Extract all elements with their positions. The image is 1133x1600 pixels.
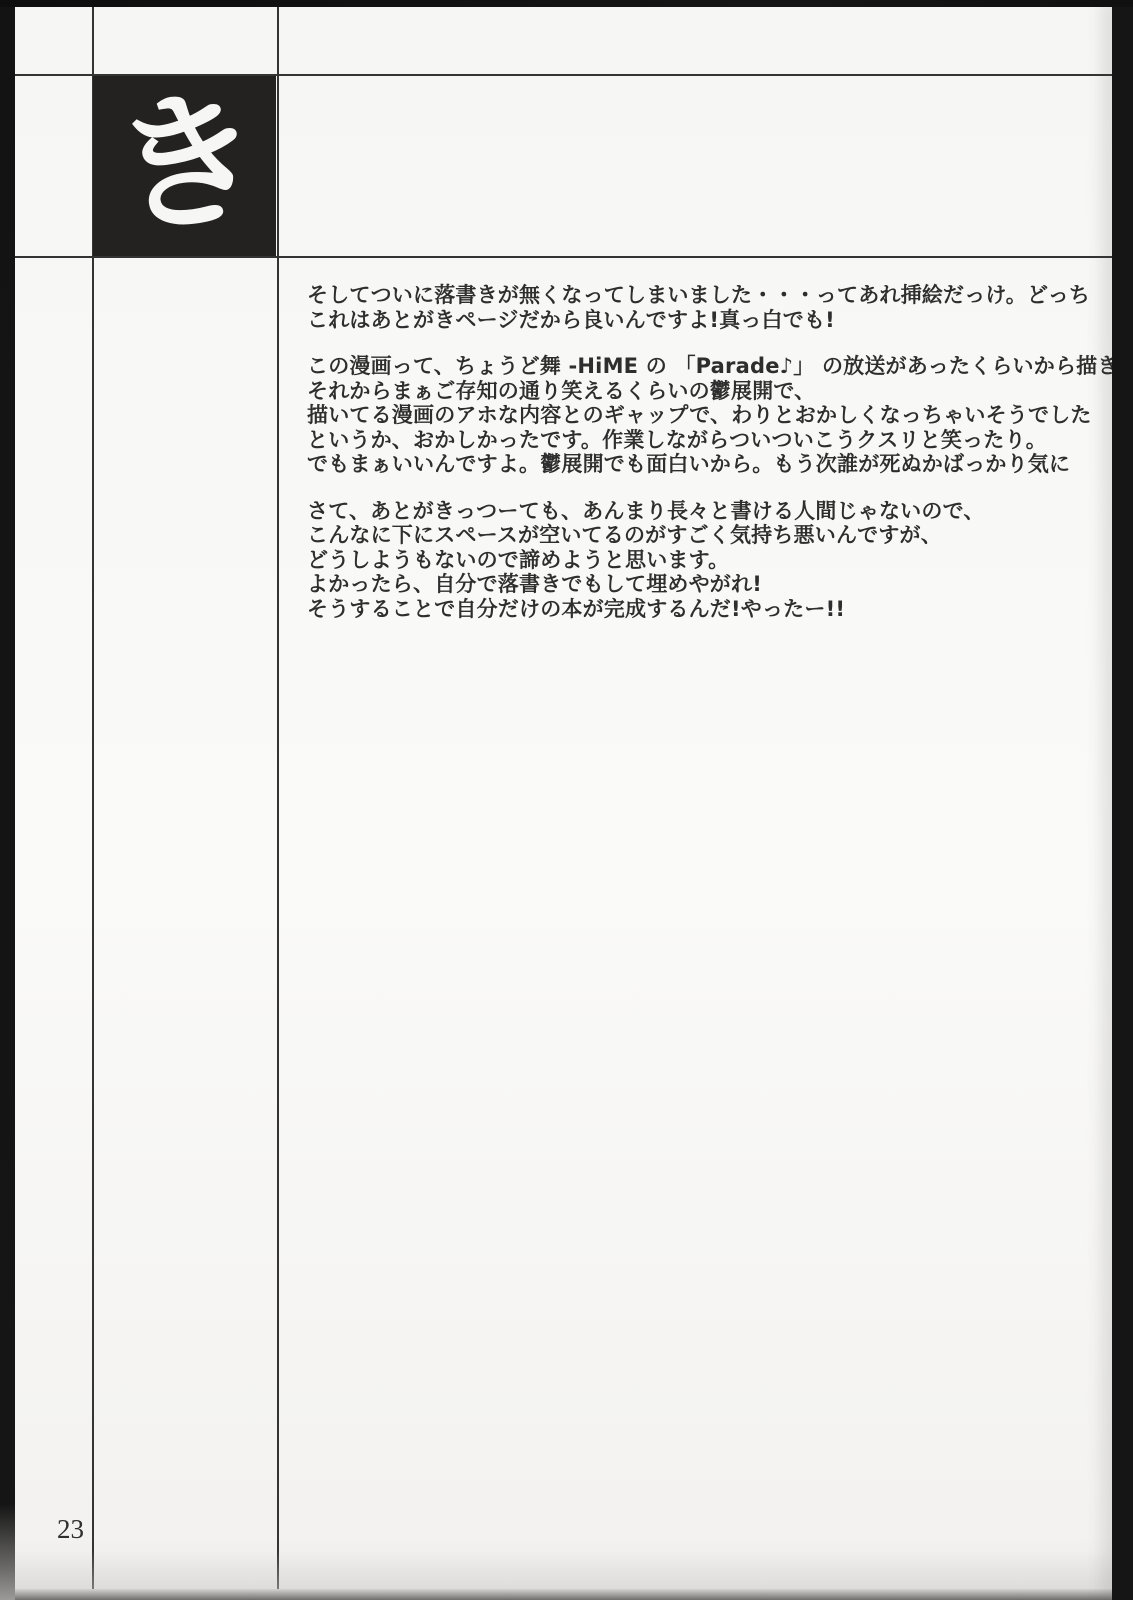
afterword-line: 描いてる漫画のアホな内容とのギャップで、わりとおかしくなっちゃいそうでした <box>307 403 1112 428</box>
scan-edge-left <box>0 0 15 1600</box>
afterword-line: さて、あとがきっつーても、あんまり長々と書ける人間じゃないので、 <box>307 499 1112 524</box>
afterword-line: よかったら、自分で落書きでもして埋めやがれ! <box>307 572 1112 597</box>
scan-edge-bottom-vignette <box>0 1551 1133 1589</box>
afterword-line: これはあとがきページだから良いんですよ!真っ白でも! <box>307 308 1112 333</box>
scanned-afterword-page: き そしてついに落書きが無くなってしまいました・・・ってあれ挿絵だっけ。どっち … <box>0 0 1133 1600</box>
section-title-block: き <box>93 76 276 256</box>
afterword-line: というか、おかしかったです。作業しながらついついこうクスリと笑ったり。 <box>307 428 1112 453</box>
afterword-text: そしてついに落書きが無くなってしまいました・・・ってあれ挿絵だっけ。どっち これ… <box>279 283 1112 643</box>
afterword-line: それからまぁご存知の通り笑えるくらいの鬱展開で、 <box>307 379 1112 404</box>
afterword-line: そしてついに落書きが無くなってしまいました・・・ってあれ挿絵だっけ。どっち <box>307 283 1112 308</box>
column-rule-right <box>277 0 279 1592</box>
scan-edge-right <box>1112 0 1133 1600</box>
afterword-line: どうしようもないので諦めようと思います。 <box>307 548 1112 573</box>
afterword-line: こんなに下にスペースが空いてるのがすごく気持ち悪いんですが、 <box>307 523 1112 548</box>
afterword-paragraph: そしてついに落書きが無くなってしまいました・・・ってあれ挿絵だっけ。どっち これ… <box>307 283 1112 332</box>
section-divider-rule <box>14 256 1112 258</box>
scan-edge-bottom <box>0 1589 1133 1600</box>
afterword-line: そうすることで自分だけの本が完成するんだ!やったー!! <box>307 597 1112 622</box>
afterword-line: この漫画って、ちょうど舞 -HiME の 「Parade♪」 の放送があったくら… <box>307 354 1112 379</box>
afterword-paragraph: この漫画って、ちょうど舞 -HiME の 「Parade♪」 の放送があったくら… <box>307 354 1112 477</box>
scan-edge-top <box>0 0 1133 7</box>
section-title-character: き <box>105 81 270 246</box>
afterword-line: でもまぁいいんですよ。鬱展開でも面白いから。もう次誰が死ぬかばっかり気に <box>307 452 1112 477</box>
afterword-paragraph: さて、あとがきっつーても、あんまり長々と書ける人間じゃないので、 こんなに下にス… <box>307 499 1112 622</box>
